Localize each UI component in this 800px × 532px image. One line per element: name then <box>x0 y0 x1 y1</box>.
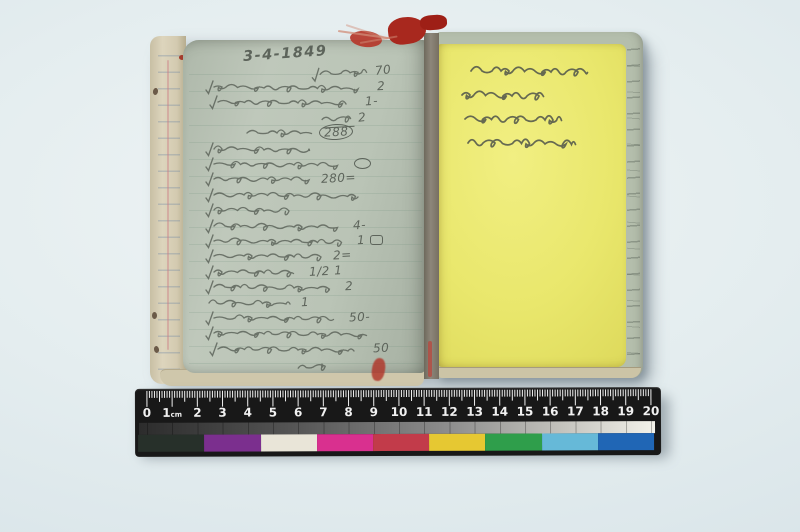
handwriting-line: 288 <box>247 125 417 140</box>
ruler-number-8: 8 <box>344 405 352 419</box>
page-edge-writing <box>627 42 640 364</box>
handwritten-numeral: 1 <box>301 295 310 307</box>
handwriting-stroke <box>205 217 349 233</box>
ruler-number-11: 11 <box>416 405 433 419</box>
ruler-number-17: 17 <box>567 404 584 418</box>
handwriting-stroke <box>462 86 554 102</box>
ruler-number-18: 18 <box>592 404 609 418</box>
handwriting-line: 50- <box>205 309 417 324</box>
handwriting-line <box>205 155 417 170</box>
color-patch-magenta <box>317 434 373 451</box>
color-patch-red <box>373 434 429 451</box>
handwritten-numeral: 1- <box>365 95 379 108</box>
left-page-handwriting: 3-4-18497021-2288280=4-12=1/2 12150-50 <box>205 44 417 370</box>
stitch-mark <box>152 312 157 319</box>
handwritten-oval-mark <box>354 158 371 169</box>
handwriting-stroke <box>209 294 297 310</box>
handwriting-stroke <box>205 78 373 94</box>
handwritten-numeral: 4- <box>353 218 367 231</box>
ruler-number-20: 20 <box>643 404 660 418</box>
handwriting-stroke <box>205 324 385 340</box>
color-patch-purple <box>204 434 260 451</box>
ruler-number-15: 15 <box>517 405 534 419</box>
ruler-number-13: 13 <box>466 405 483 419</box>
handwritten-numeral: 50- <box>349 310 371 323</box>
handwriting-line <box>205 140 417 155</box>
ruler-number-6: 6 <box>294 405 302 419</box>
color-patch-white <box>261 434 317 451</box>
handwritten-numeral: 70 <box>374 63 391 77</box>
ruler-number-16: 16 <box>542 404 559 418</box>
handwritten-numeral: 2 <box>377 80 386 92</box>
spine-red-edge <box>428 341 432 377</box>
handwriting-line <box>205 186 417 201</box>
handwriting-stroke <box>247 124 315 140</box>
color-patch-blue <box>598 433 654 450</box>
handwriting-line: 1 <box>209 294 417 309</box>
handwriting-stroke <box>205 155 349 171</box>
ruler-number-1: 1cm <box>162 406 182 422</box>
handwriting-stroke <box>209 93 361 109</box>
handwritten-numeral: 280= <box>321 172 357 186</box>
spine <box>424 33 439 379</box>
photo-scene: 3-4-18497021-2288280=4-12=1/2 12150-50 0… <box>0 0 800 532</box>
handwriting-stroke <box>471 62 598 78</box>
handwriting-stroke <box>205 186 373 202</box>
handwritten-oval-mark <box>370 235 383 245</box>
handwriting-stroke <box>205 278 341 294</box>
handwritten-numeral: 1/2 1 <box>309 264 343 278</box>
handwriting-line <box>205 325 417 340</box>
right-page-handwriting <box>462 58 612 168</box>
handwriting-stroke <box>465 110 572 126</box>
handwriting-stroke <box>205 140 321 156</box>
ruler-number-10: 10 <box>391 405 408 419</box>
handwriting-stroke <box>209 340 369 356</box>
handwriting-line: 2= <box>205 248 417 263</box>
color-patch-light-blue <box>542 433 598 450</box>
handwriting-line <box>468 130 612 154</box>
handwriting-stroke <box>468 134 586 150</box>
date-heading-text: 3-4-1849 <box>243 43 328 65</box>
handwritten-numeral: 288 <box>319 123 354 141</box>
handwriting-line: 1/2 1 <box>205 263 417 278</box>
handwriting-stroke <box>205 232 353 248</box>
handwriting-line: 1 <box>205 232 417 247</box>
ruler-number-14: 14 <box>491 405 508 419</box>
handwritten-numeral: 2= <box>333 249 352 262</box>
ruler: 01cm234567891011121314151617181920 <box>135 387 661 457</box>
handwritten-numeral: 2 <box>345 280 354 292</box>
handwriting-line <box>462 82 612 106</box>
handwriting-line <box>471 58 612 82</box>
cover-page-edges <box>150 36 186 384</box>
handwriting-line: 1- <box>209 94 417 109</box>
color-calibration-patches <box>138 433 654 452</box>
handwriting-line: 2 <box>205 78 417 93</box>
handwritten-numeral: 1 <box>357 234 366 246</box>
date-heading: 3-4-1849 <box>243 44 417 63</box>
handwriting-stroke <box>205 170 317 186</box>
handwriting-stroke <box>205 309 345 325</box>
ruler-number-9: 9 <box>370 405 378 419</box>
handwriting-line: 280= <box>205 171 417 186</box>
color-patch-black <box>138 435 204 452</box>
ruler-number-4: 4 <box>244 406 252 420</box>
ruler-number-12: 12 <box>441 405 458 419</box>
handwriting-stroke <box>298 357 327 375</box>
ruler-number-19: 19 <box>617 404 634 418</box>
ruler-unit-label: cm <box>171 411 182 419</box>
handwritten-numeral: 2 <box>357 111 366 124</box>
handwriting-stroke <box>205 247 329 263</box>
ruler-number-3: 3 <box>218 406 226 420</box>
red-binding-cloth <box>420 14 448 31</box>
bottom-page-edges-right <box>439 367 641 378</box>
handwriting-line <box>465 106 612 130</box>
ruler-number-2: 2 <box>193 406 201 420</box>
ruler-number-0: 0 <box>143 406 151 420</box>
color-patch-yellow <box>429 434 485 451</box>
handwriting-stroke <box>205 201 297 217</box>
pink-thread-mark <box>167 60 169 350</box>
color-patch-green <box>485 433 541 450</box>
ruler-number-5: 5 <box>269 405 277 419</box>
ruler-number-7: 7 <box>319 405 327 419</box>
handwriting-stroke <box>205 263 305 279</box>
handwriting-line: 4- <box>205 217 417 232</box>
handwriting-line: 2 <box>205 278 417 293</box>
edge-ruled-lines <box>158 40 180 378</box>
handwriting-line <box>205 202 417 217</box>
